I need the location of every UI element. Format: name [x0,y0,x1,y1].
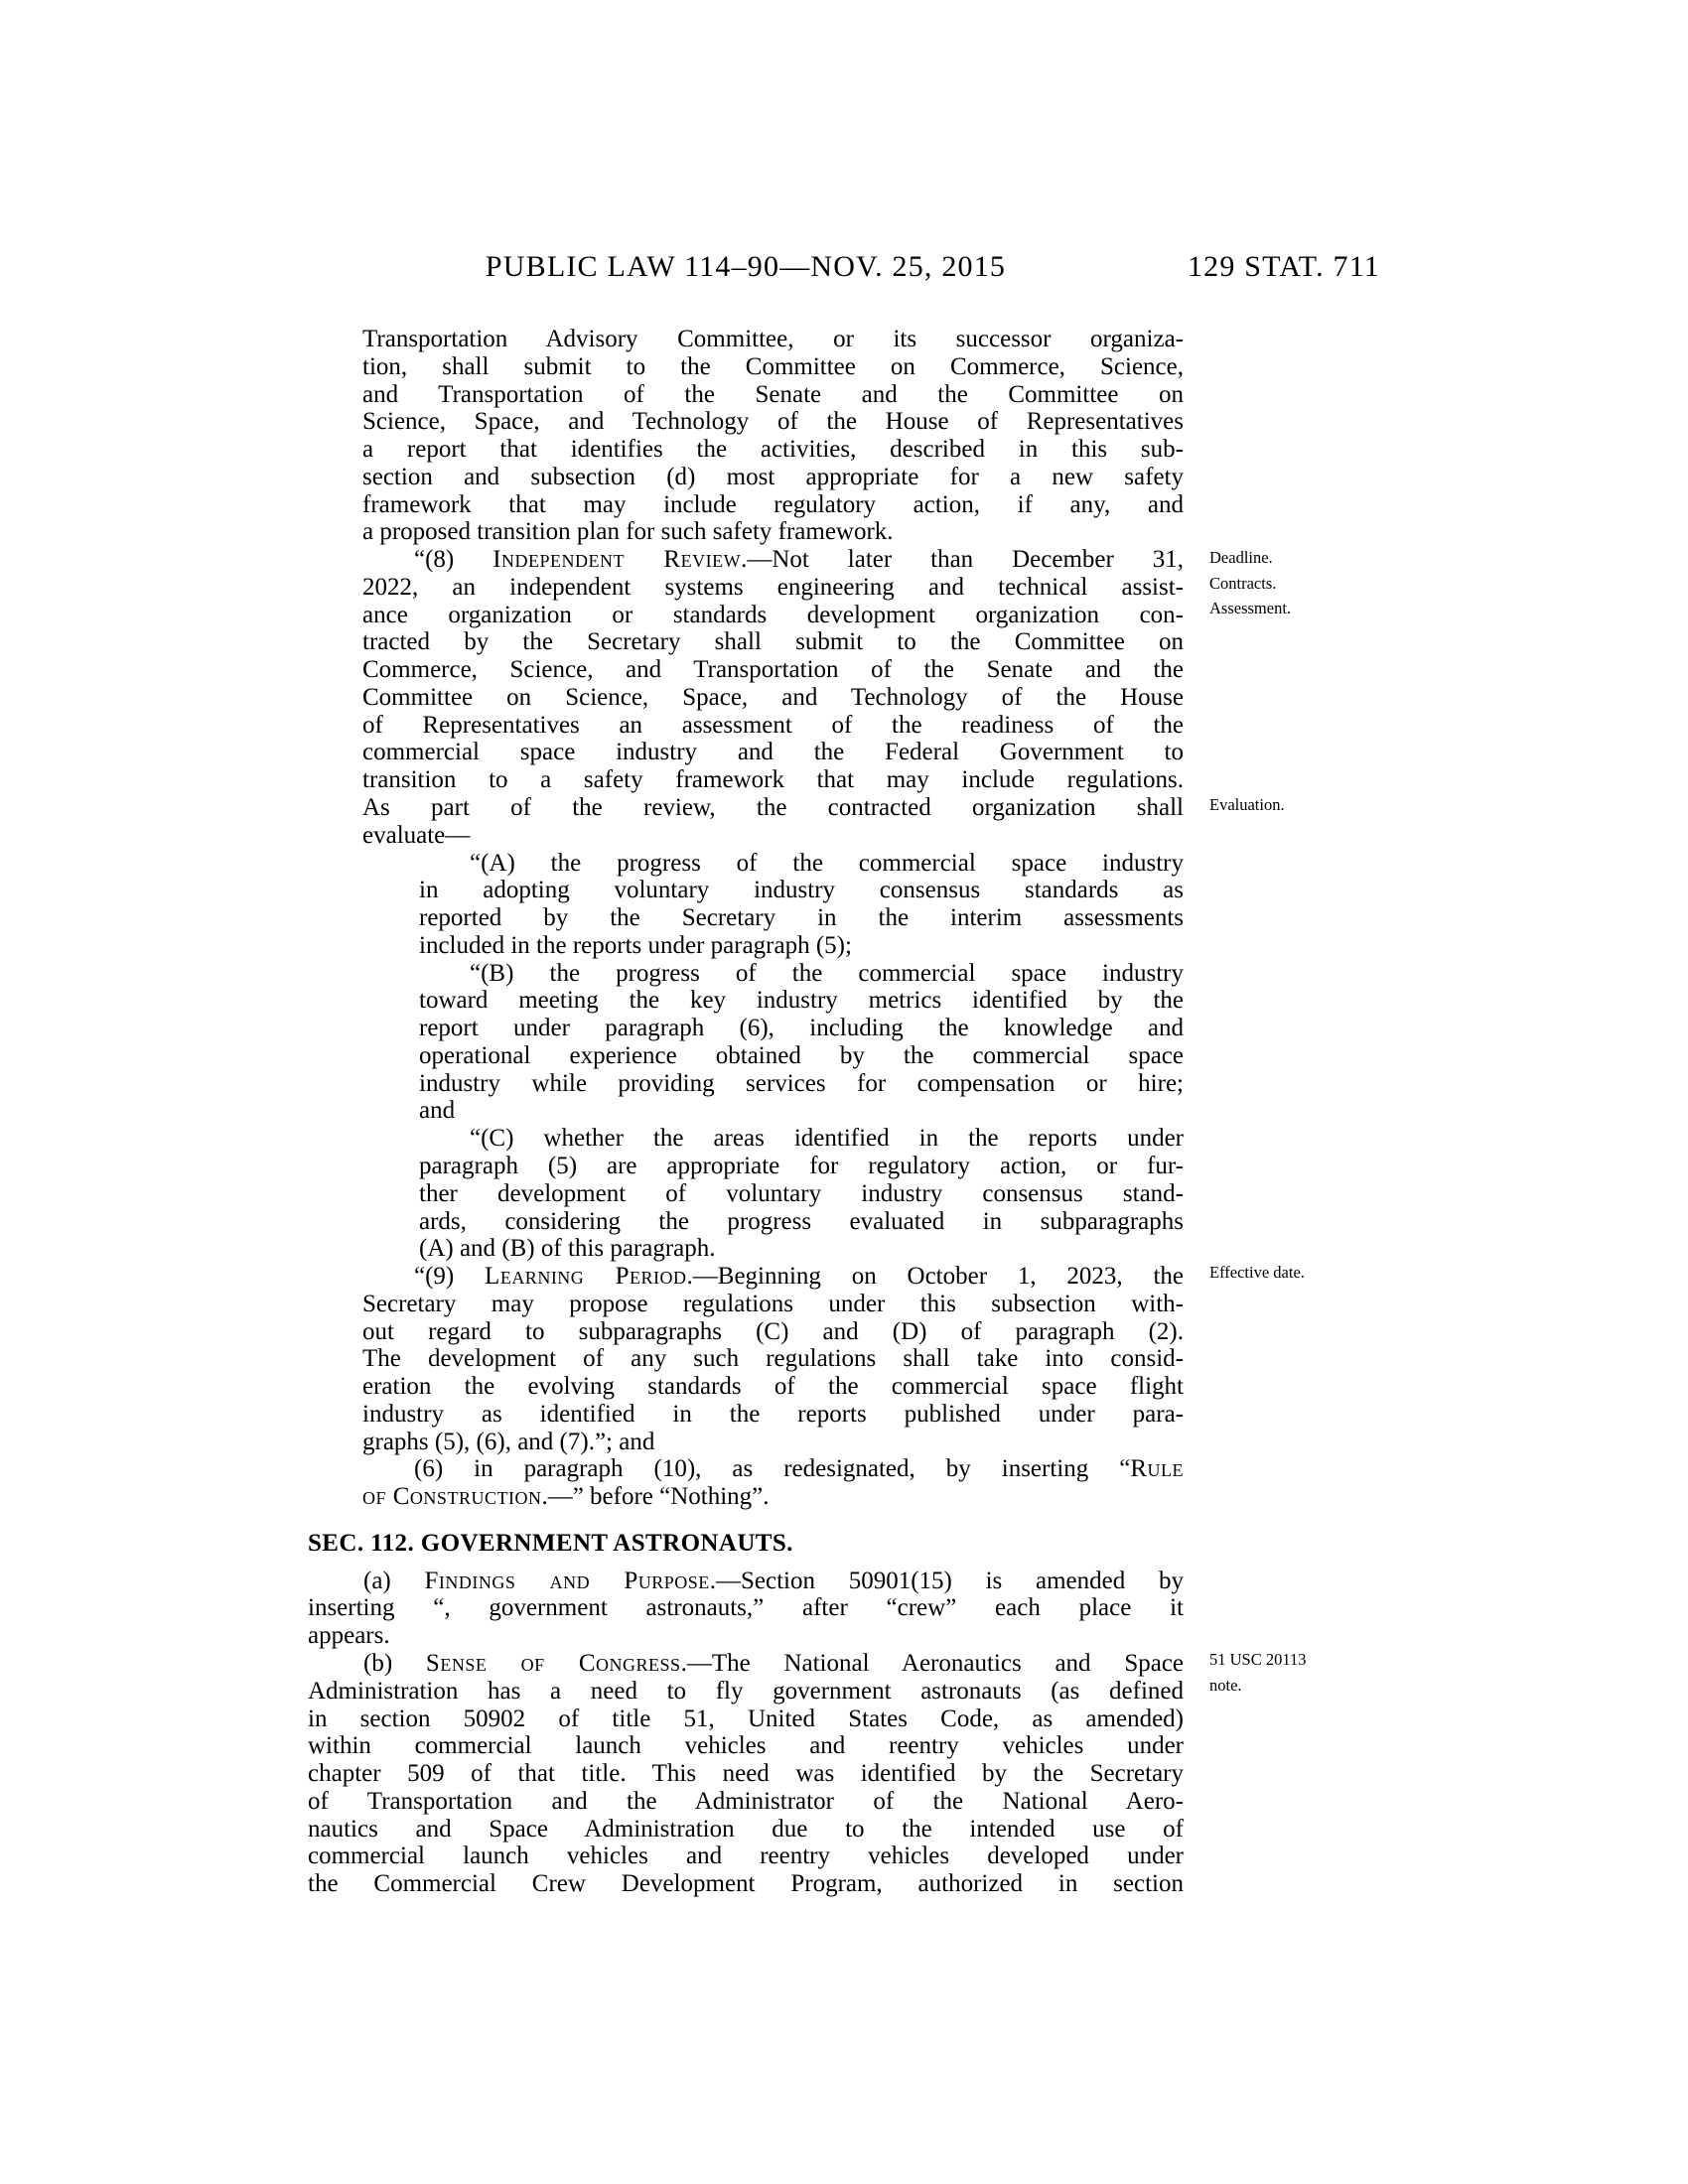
text-line: The development of any such regulations … [362,1345,1184,1373]
text-line: Science, Space, and Technology of the Ho… [362,408,1184,436]
text-line: industry while providing services for co… [419,1070,1184,1098]
text-line: “(B) the progress of the commercial spac… [419,960,1184,988]
text-line: framework that may include regulatory ac… [362,491,1184,519]
statute-paragraph: “(C) whether the areas identified in the… [419,1125,1184,1263]
text-run: .—Beginning on October 1, 2023, the [687,1263,1184,1290]
statute-text-column: Transportation Advisory Committee, or it… [308,326,1184,1898]
text-run: (6) in paragraph (10), as redesignated, … [414,1455,1130,1482]
text-line: chapter 509 of that title. This need was… [308,1760,1184,1788]
text-line: transition to a safety framework that ma… [362,766,1184,794]
text-line: included in the reports under paragraph … [419,932,1184,960]
text-run: .—The National Aeronautics and Space [681,1650,1184,1677]
statute-paragraph: “(8) Independent Review.—Not later than … [362,546,1184,849]
text-line: (A) and (B) of this paragraph. [419,1235,1184,1263]
statute-paragraph: “(A) the progress of the commercial spac… [419,850,1184,960]
statute-paragraph: Transportation Advisory Committee, or it… [362,326,1184,546]
text-line: operational experience obtained by the c… [419,1042,1184,1070]
text-line: nautics and Space Administration due to … [308,1816,1184,1843]
text-line: graphs (5), (6), and (7).”; and [362,1429,1184,1456]
text-line: out regard to subparagraphs (C) and (D) … [362,1318,1184,1346]
text-line: Commerce, Science, and Transportation of… [362,656,1184,684]
text-line: ther development of voluntary industry c… [419,1180,1184,1208]
text-run: .—Section 50901(15) is amended by [710,1568,1184,1594]
text-line: reported by the Secretary in the interim… [419,904,1184,932]
margin-note-evaluation: Evaluation. [1209,792,1398,818]
text-run: “(9) [414,1263,485,1290]
text-line: a proposed transition plan for such safe… [362,518,1184,546]
margin-note-effective-date: Effective date. [1209,1260,1398,1286]
text-line: Administration has a need to fly governm… [308,1678,1184,1706]
small-caps-run: of Construction [362,1483,541,1510]
text-line: section and subsection (d) most appropri… [362,464,1184,491]
text-line: the Commercial Crew Development Program,… [308,1870,1184,1898]
text-line: Transportation Advisory Committee, or it… [362,326,1184,353]
small-caps-run: Rule [1130,1455,1184,1482]
text-line: of Construction.—” before “Nothing”. [362,1483,1184,1511]
text-line: ards, considering the progress evaluated… [419,1208,1184,1236]
statute-paragraph: “(9) Learning Period.—Beginning on Octob… [362,1263,1184,1455]
text-line: “(C) whether the areas identified in the… [419,1125,1184,1153]
text-run: (a) [363,1568,424,1594]
text-line: within commercial launch vehicles and re… [308,1732,1184,1760]
text-line: (6) in paragraph (10), as redesignated, … [362,1455,1184,1483]
text-line: in section 50902 of title 51, United Sta… [308,1706,1184,1733]
text-line: 2022, an independent systems engineering… [362,574,1184,602]
text-line: a report that identifies the activities,… [362,436,1184,464]
section-heading: SEC. 112. GOVERNMENT ASTRONAUTS. [308,1530,1184,1558]
small-caps-run: Learning Period [485,1263,686,1290]
small-caps-run: Independent Review [492,546,741,573]
text-line: appears. [308,1622,1184,1650]
text-line: evaluate— [362,822,1184,850]
text-line: Secretary may propose regulations under … [362,1291,1184,1318]
text-line: Committee on Science, Space, and Technol… [362,684,1184,712]
text-line: ance organization or standards developme… [362,602,1184,629]
text-line: and Transportation of the Senate and the… [362,381,1184,409]
text-line: “(9) Learning Period.—Beginning on Octob… [362,1263,1184,1291]
text-run: “(8) [414,546,492,573]
small-caps-run: Findings and Purpose [424,1568,709,1594]
text-line: (b) Sense of Congress.—The National Aero… [308,1650,1184,1678]
statute-paragraph: “(B) the progress of the commercial spac… [419,960,1184,1126]
text-line: industry as identified in the reports pu… [362,1401,1184,1429]
text-line: “(A) the progress of the commercial spac… [419,850,1184,878]
text-line: commercial space industry and the Federa… [362,739,1184,766]
statute-paragraph: (a) Findings and Purpose.—Section 50901(… [308,1568,1184,1650]
text-run: .—” before “Nothing”. [541,1483,769,1510]
text-line: in adopting voluntary industry consensus… [419,877,1184,904]
running-header-stat-page: 129 STAT. 711 [1092,250,1380,284]
text-run: .—Not later than December 31, [741,546,1184,573]
text-line: tracted by the Secretary shall submit to… [362,628,1184,656]
text-line: (a) Findings and Purpose.—Section 50901(… [308,1568,1184,1595]
text-line: commercial launch vehicles and reentry v… [308,1843,1184,1870]
margin-note-usc-citation: 51 USC 20113 note. [1209,1647,1398,1698]
text-run: (b) [363,1650,426,1677]
text-line: of Representatives an assessment of the … [362,712,1184,740]
text-line: As part of the review, the contracted or… [362,794,1184,822]
text-line: paragraph (5) are appropriate for regula… [419,1153,1184,1180]
statute-paragraph: (b) Sense of Congress.—The National Aero… [308,1650,1184,1898]
text-line: report under paragraph (6), including th… [419,1015,1184,1042]
text-line: of Transportation and the Administrator … [308,1788,1184,1816]
statute-paragraph: (6) in paragraph (10), as redesignated, … [362,1455,1184,1511]
text-line: eration the evolving standards of the co… [362,1373,1184,1401]
text-line: toward meeting the key industry metrics … [419,987,1184,1015]
running-header-law-title: PUBLIC LAW 114–90—NOV. 25, 2015 [308,250,1184,284]
text-line: inserting “, government astronauts,” aft… [308,1594,1184,1622]
small-caps-run: Sense of Congress [426,1650,681,1677]
document-page: PUBLIC LAW 114–90—NOV. 25, 2015 129 STAT… [0,0,1688,2184]
text-line: “(8) Independent Review.—Not later than … [362,546,1184,574]
text-line: and [419,1097,1184,1125]
margin-note-deadline: Deadline. Contracts. Assessment. [1209,545,1398,621]
text-line: tion, shall submit to the Committee on C… [362,353,1184,381]
